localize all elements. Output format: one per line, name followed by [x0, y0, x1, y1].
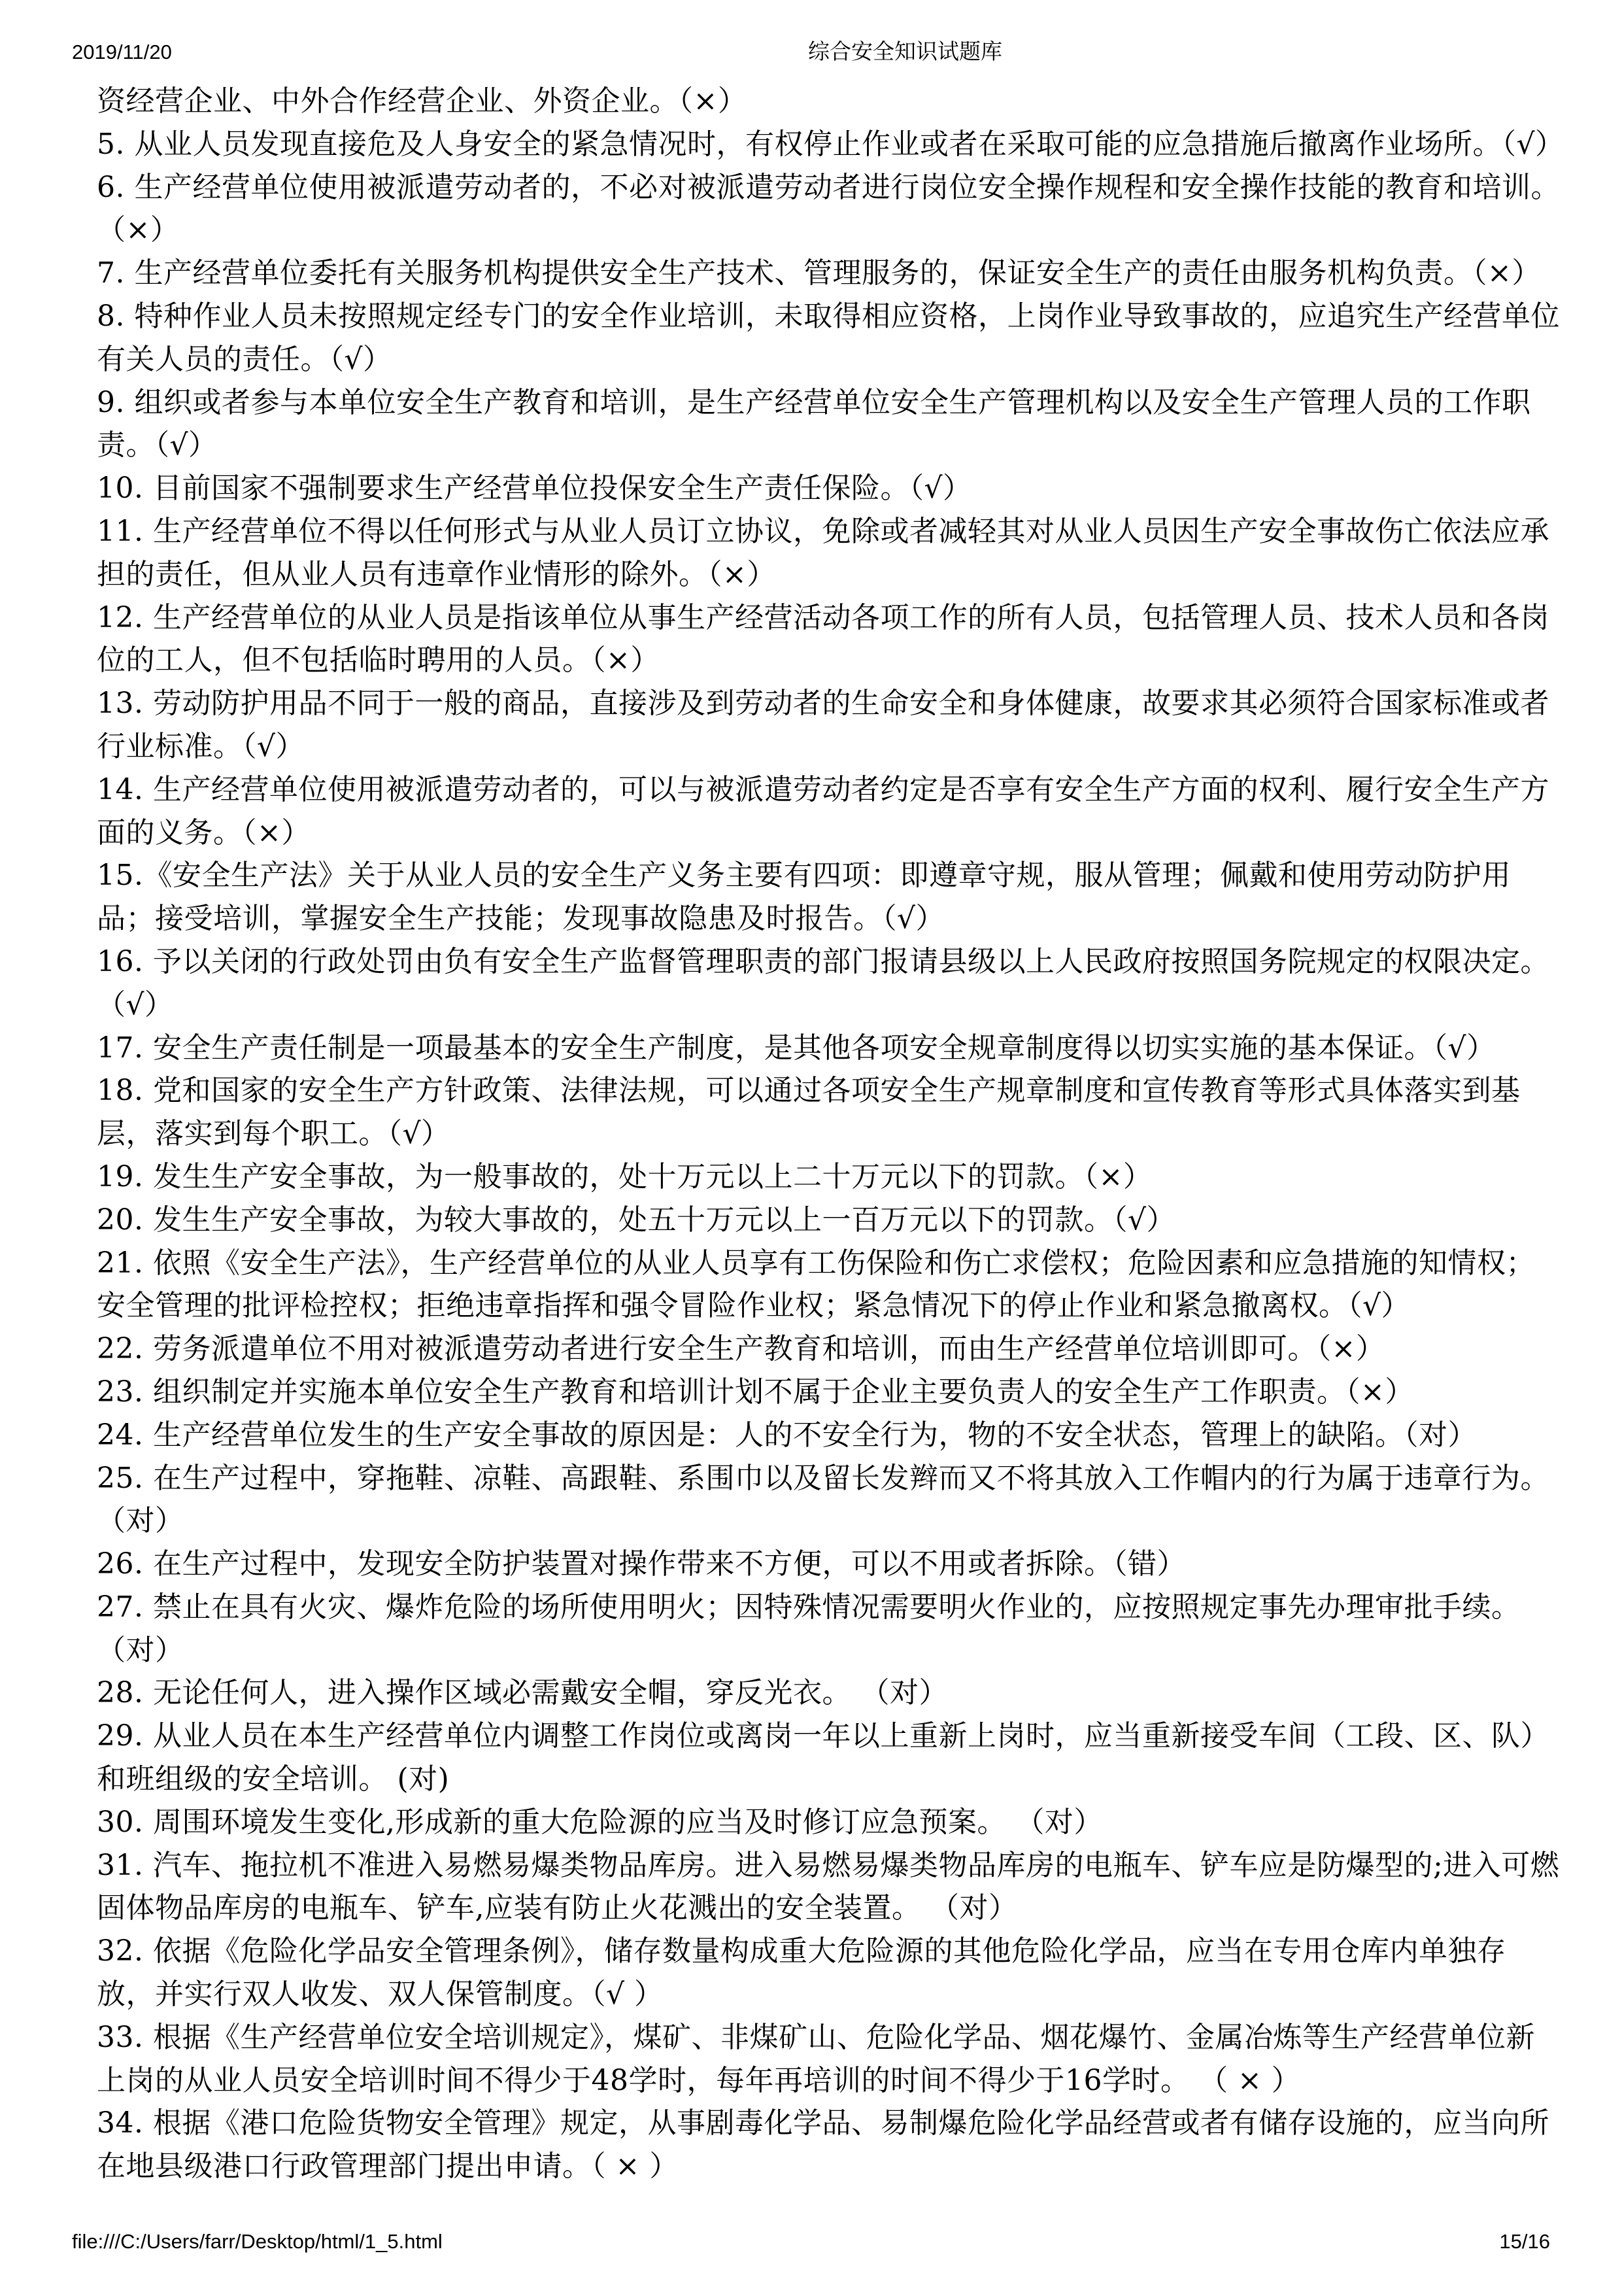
question-text-line: 18. 党和国家的安全生产方针政策、法律法规，可以通过各项安全生产规章制度和宣传…	[97, 1069, 1561, 1112]
question-item: 23. 组织制定并实施本单位安全生产教育和培训计划不属于企业主要负责人的安全生产…	[97, 1371, 1561, 1414]
question-item: 21. 依照《安全生产法》，生产经营单位的从业人员享有工伤保险和伤亡求偿权；危险…	[97, 1242, 1561, 1328]
question-item: 27. 禁止在具有火灾、爆炸危险的场所使用明火；因特殊情况需要明火作业的，应按照…	[97, 1586, 1561, 1672]
question-text-line: 22. 劳务派遣单位不用对被派遣劳动者进行安全生产教育和培训，而由生产经营单位培…	[97, 1328, 1561, 1371]
question-text-line: 26. 在生产过程中，发现安全防护装置对操作带来不方便，可以不用或者拆除。（错）	[97, 1543, 1561, 1586]
question-text-line: 和班组级的安全培训。 (对)	[97, 1758, 1561, 1801]
question-text-line: 行业标准。（√）	[97, 725, 1561, 768]
question-item: 资经营企业、中外合作经营企业、外资企业。（×）	[97, 80, 1561, 123]
question-list: 资经营企业、中外合作经营企业、外资企业。（×）5. 从业人员发现直接危及人身安全…	[97, 80, 1561, 2188]
question-text-line: 20. 发生生产安全事故，为较大事故的，处五十万元以上一百万元以下的罚款。（√）	[97, 1199, 1561, 1242]
question-text-line: 放，并实行双人收发、双人保管制度。（√ ）	[97, 1973, 1561, 2016]
question-text-line: 固体物品库房的电瓶车、铲车,应装有防止火花溅出的安全装置。 （对）	[97, 1887, 1561, 1930]
question-item: 16. 予以关闭的行政处罚由负有安全生产监督管理职责的部门报请县级以上人民政府按…	[97, 940, 1561, 1027]
question-text-line: 9. 组织或者参与本单位安全生产教育和培训，是生产经营单位安全生产管理机构以及安…	[97, 381, 1561, 424]
question-text-line: 责。（√）	[97, 424, 1561, 467]
question-item: 17. 安全生产责任制是一项最基本的安全生产制度，是其他各项安全规章制度得以切实…	[97, 1027, 1561, 1070]
question-item: 28. 无论任何人，进入操作区域必需戴安全帽，穿反光衣。 （对）	[97, 1671, 1561, 1715]
question-text-line: 12. 生产经营单位的从业人员是指该单位从事生产经营活动各项工作的所有人员，包括…	[97, 596, 1561, 640]
question-text-line: 5. 从业人员发现直接危及人身安全的紧急情况时，有权停止作业或者在采取可能的应急…	[97, 123, 1561, 166]
question-text-line: （对）	[97, 1629, 1561, 1672]
question-item: 29. 从业人员在本生产经营单位内调整工作岗位或离岗一年以上重新上岗时，应当重新…	[97, 1715, 1561, 1801]
question-text-line: 17. 安全生产责任制是一项最基本的安全生产制度，是其他各项安全规章制度得以切实…	[97, 1027, 1561, 1070]
page-footer-path: file:///C:/Users/farr/Desktop/html/1_5.h…	[72, 2230, 443, 2253]
question-item: 13. 劳动防护用品不同于一般的商品，直接涉及到劳动者的生命安全和身体健康，故要…	[97, 682, 1561, 768]
question-text-line: 品；接受培训，掌握安全生产技能；发现事故隐患及时报告。（√）	[97, 897, 1561, 940]
question-text-line: 上岗的从业人员安全培训时间不得少于48学时，每年再培训的时间不得少于16学时。 …	[97, 2059, 1561, 2102]
question-item: 10. 目前国家不强制要求生产经营单位投保安全生产责任保险。（√）	[97, 467, 1561, 510]
question-text-line: 30. 周围环境发生变化,形成新的重大危险源的应当及时修订应急预案。 （对）	[97, 1801, 1561, 1844]
question-item: 11. 生产经营单位不得以任何形式与从业人员订立协议，免除或者减轻其对从业人员因…	[97, 510, 1561, 596]
question-text-line: 25. 在生产过程中，穿拖鞋、凉鞋、高跟鞋、系围巾以及留长发辫而又不将其放入工作…	[97, 1457, 1561, 1500]
question-item: 32. 依据《危险化学品安全管理条例》，储存数量构成重大危险源的其他危险化学品，…	[97, 1930, 1561, 2016]
question-text-line: 8. 特种作业人员未按照规定经专门的安全作业培训，未取得相应资格，上岗作业导致事…	[97, 295, 1561, 338]
question-text-line: 13. 劳动防护用品不同于一般的商品，直接涉及到劳动者的生命安全和身体健康，故要…	[97, 682, 1561, 725]
question-item: 18. 党和国家的安全生产方针政策、法律法规，可以通过各项安全生产规章制度和宣传…	[97, 1069, 1561, 1156]
question-text-line: 6. 生产经营单位使用被派遣劳动者的，不必对被派遣劳动者进行岗位安全操作规程和安…	[97, 166, 1561, 209]
question-item: 6. 生产经营单位使用被派遣劳动者的，不必对被派遣劳动者进行岗位安全操作规程和安…	[97, 166, 1561, 252]
question-item: 9. 组织或者参与本单位安全生产教育和培训，是生产经营单位安全生产管理机构以及安…	[97, 381, 1561, 468]
question-item: 8. 特种作业人员未按照规定经专门的安全作业培训，未取得相应资格，上岗作业导致事…	[97, 295, 1561, 381]
question-text-line: 14. 生产经营单位使用被派遣劳动者的，可以与被派遣劳动者约定是否享有安全生产方…	[97, 768, 1561, 812]
question-item: 22. 劳务派遣单位不用对被派遣劳动者进行安全生产教育和培训，而由生产经营单位培…	[97, 1328, 1561, 1371]
question-item: 31. 汽车、拖拉机不准进入易燃易爆类物品库房。进入易燃易爆类物品库房的电瓶车、…	[97, 1844, 1561, 1930]
question-text-line: 31. 汽车、拖拉机不准进入易燃易爆类物品库房。进入易燃易爆类物品库房的电瓶车、…	[97, 1844, 1561, 1887]
question-item: 5. 从业人员发现直接危及人身安全的紧急情况时，有权停止作业或者在采取可能的应急…	[97, 123, 1561, 166]
question-text-line: （×）	[97, 209, 1561, 252]
question-text-line: （√）	[97, 984, 1561, 1027]
question-item: 30. 周围环境发生变化,形成新的重大危险源的应当及时修订应急预案。 （对）	[97, 1801, 1561, 1844]
question-item: 19. 发生生产安全事故，为一般事故的，处十万元以上二十万元以下的罚款。（×）	[97, 1156, 1561, 1199]
question-text-line: 15.《安全生产法》关于从业人员的安全生产义务主要有四项：即遵章守规，服从管理；…	[97, 854, 1561, 897]
question-text-line: 位的工人，但不包括临时聘用的人员。（×）	[97, 639, 1561, 682]
question-text-line: 面的义务。（×）	[97, 812, 1561, 855]
page-number: 15/16	[1499, 2230, 1550, 2253]
question-item: 7. 生产经营单位委托有关服务机构提供安全生产技术、管理服务的，保证安全生产的责…	[97, 252, 1561, 295]
question-text-line: 安全管理的批评检控权；拒绝违章指挥和强令冒险作业权；紧急情况下的停止作业和紧急撤…	[97, 1284, 1561, 1328]
question-text-line: 32. 依据《危险化学品安全管理条例》，储存数量构成重大危险源的其他危险化学品，…	[97, 1930, 1561, 1973]
question-text-line: 29. 从业人员在本生产经营单位内调整工作岗位或离岗一年以上重新上岗时，应当重新…	[97, 1715, 1561, 1758]
question-text-line: 在地县级港口行政管理部门提出申请。（ × ）	[97, 2145, 1561, 2188]
question-text-line: 21. 依照《安全生产法》，生产经营单位的从业人员享有工伤保险和伤亡求偿权；危险…	[97, 1242, 1561, 1285]
question-text-line: 34. 根据《港口危险货物安全管理》规定，从事剧毒化学品、易制爆危险化学品经营或…	[97, 2102, 1561, 2145]
question-text-line: 27. 禁止在具有火灾、爆炸危险的场所使用明火；因特殊情况需要明火作业的，应按照…	[97, 1586, 1561, 1629]
question-item: 12. 生产经营单位的从业人员是指该单位从事生产经营活动各项工作的所有人员，包括…	[97, 596, 1561, 683]
question-item: 24. 生产经营单位发生的生产安全事故的原因是：人的不安全行为，物的不安全状态，…	[97, 1414, 1561, 1457]
question-text-line: 33. 根据《生产经营单位安全培训规定》，煤矿、非煤矿山、危险化学品、烟花爆竹、…	[97, 2016, 1561, 2059]
page-header-title: 综合安全知识试题库	[808, 39, 1002, 64]
question-text-line: 7. 生产经营单位委托有关服务机构提供安全生产技术、管理服务的，保证安全生产的责…	[97, 252, 1561, 295]
question-item: 25. 在生产过程中，穿拖鞋、凉鞋、高跟鞋、系围巾以及留长发辫而又不将其放入工作…	[97, 1457, 1561, 1543]
question-text-line: 10. 目前国家不强制要求生产经营单位投保安全生产责任保险。（√）	[97, 467, 1561, 510]
question-item: 14. 生产经营单位使用被派遣劳动者的，可以与被派遣劳动者约定是否享有安全生产方…	[97, 768, 1561, 855]
question-text-line: 资经营企业、中外合作经营企业、外资企业。（×）	[97, 80, 1561, 123]
question-item: 33. 根据《生产经营单位安全培训规定》，煤矿、非煤矿山、危险化学品、烟花爆竹、…	[97, 2016, 1561, 2102]
question-text-line: 11. 生产经营单位不得以任何形式与从业人员订立协议，免除或者减轻其对从业人员因…	[97, 510, 1561, 553]
question-item: 20. 发生生产安全事故，为较大事故的，处五十万元以上一百万元以下的罚款。（√）	[97, 1199, 1561, 1242]
question-item: 34. 根据《港口危险货物安全管理》规定，从事剧毒化学品、易制爆危险化学品经营或…	[97, 2102, 1561, 2188]
question-text-line: 28. 无论任何人，进入操作区域必需戴安全帽，穿反光衣。 （对）	[97, 1671, 1561, 1715]
question-text-line: 19. 发生生产安全事故，为一般事故的，处十万元以上二十万元以下的罚款。（×）	[97, 1156, 1561, 1199]
question-text-line: 24. 生产经营单位发生的生产安全事故的原因是：人的不安全行为，物的不安全状态，…	[97, 1414, 1561, 1457]
page-header-date: 2019/11/20	[72, 41, 172, 64]
question-text-line: （对）	[97, 1499, 1561, 1543]
question-text-line: 层，落实到每个职工。（√）	[97, 1112, 1561, 1156]
question-text-line: 16. 予以关闭的行政处罚由负有安全生产监督管理职责的部门报请县级以上人民政府按…	[97, 940, 1561, 984]
question-text-line: 23. 组织制定并实施本单位安全生产教育和培训计划不属于企业主要负责人的安全生产…	[97, 1371, 1561, 1414]
question-item: 26. 在生产过程中，发现安全防护装置对操作带来不方便，可以不用或者拆除。（错）	[97, 1543, 1561, 1586]
question-text-line: 有关人员的责任。（√）	[97, 338, 1561, 381]
question-item: 15.《安全生产法》关于从业人员的安全生产义务主要有四项：即遵章守规，服从管理；…	[97, 854, 1561, 940]
question-text-line: 担的责任，但从业人员有违章作业情形的除外。（×）	[97, 553, 1561, 596]
